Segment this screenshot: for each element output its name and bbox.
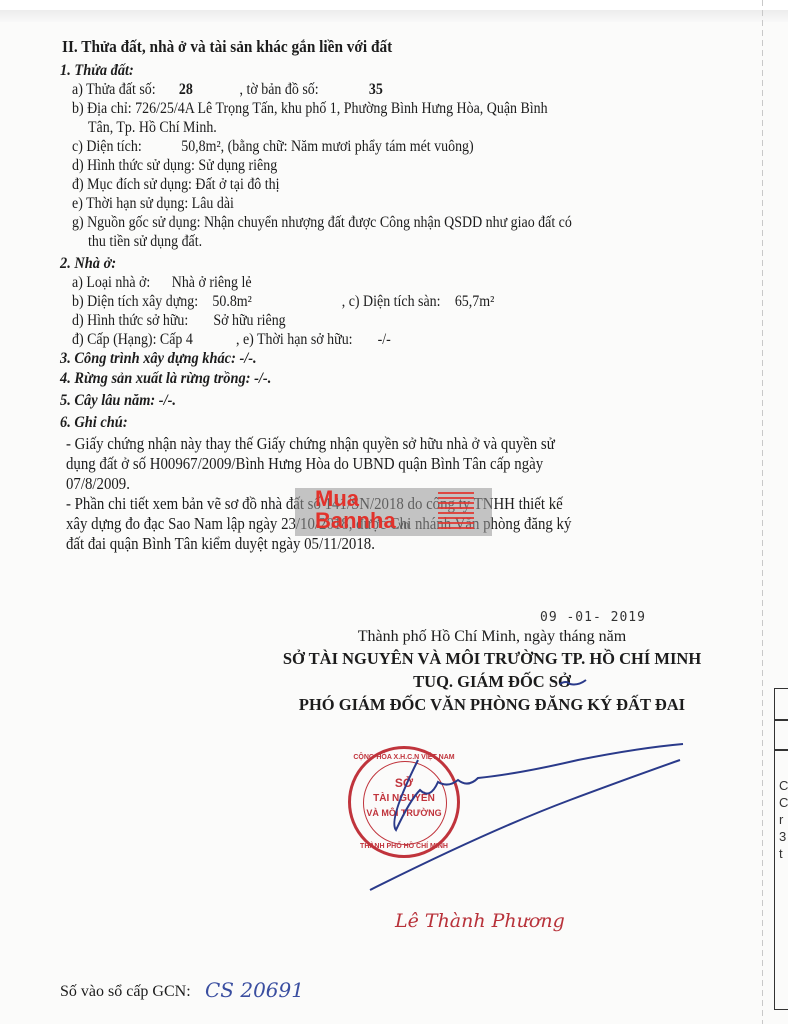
fragment-char: C: [779, 794, 788, 811]
registry-number: CS 20691: [205, 978, 304, 1002]
registry-label: Số vào sổ cấp GCN:: [60, 983, 191, 1001]
signer-name: Lê Thành Phương: [395, 910, 565, 932]
handwritten-signature: [0, 0, 788, 1024]
fragment-char: t: [779, 845, 783, 862]
adjacent-page-table: C C r 3 t: [774, 688, 788, 1010]
fragment-char: r: [779, 811, 783, 828]
fragment-char: C: [779, 777, 788, 794]
fragment-char: 3: [779, 828, 786, 845]
table-divider: [775, 719, 788, 721]
table-divider: [775, 749, 788, 751]
